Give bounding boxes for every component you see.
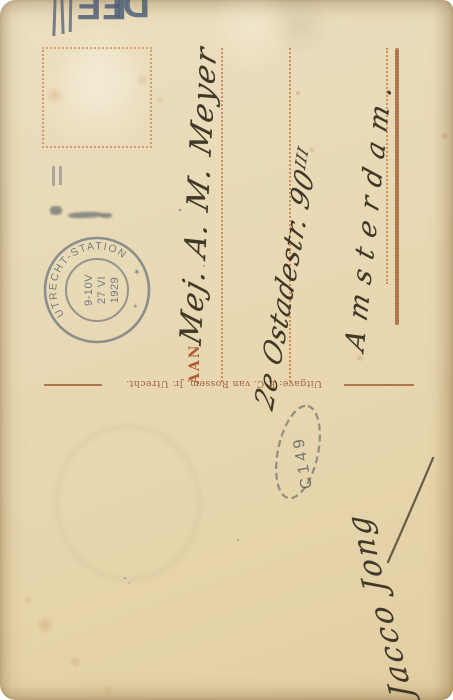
embossed-ring-showthrough: [55, 425, 201, 581]
postmark-time: 9-10V: [83, 274, 95, 306]
postmark-star-icon: ✶: [133, 267, 141, 277]
cancel-wavy-line: [59, 166, 62, 185]
cancel-wavy-line: [52, 0, 56, 36]
cancel-wavy-line: [69, 0, 73, 32]
ink-smudge: [68, 211, 102, 218]
ink-smudge: [50, 206, 62, 215]
signature-flourish-line: [330, 440, 450, 580]
handwriting-address-city: Amsterdam.: [340, 70, 399, 355]
postmark-star-icon: ✶: [132, 302, 139, 311]
postmark-date: 27 VI: [96, 276, 108, 304]
machine-cancel-letters-di: DI: [112, 0, 150, 22]
postmark-stamp: UTRECHT-STATION 9-10V 27 VI 1929 ✶ ✶: [30, 225, 170, 365]
postcard-paper: EE DI UTRECHT-STATION 9-10V 27 VI 1929 ✶…: [0, 0, 453, 700]
publisher-divider-right: [344, 384, 414, 386]
cancel-wavy-line: [60, 0, 64, 34]
publisher-imprint: Uitgave: P. C. van Rossem, Jr. Utrecht.: [100, 378, 348, 389]
postmark-year: 1929: [109, 277, 121, 303]
ink-smudge: [100, 213, 112, 218]
handwriting-address-street: 2e Ostadestr. 90III: [250, 143, 324, 415]
stamp-box: [42, 47, 152, 148]
cancel-wavy-line: [52, 166, 55, 186]
handwriting-address-name: Mej. A. M. Meyer: [174, 42, 224, 349]
postcard-scan: { "machine_cancel": { "letters_top": "EE…: [0, 0, 453, 700]
publisher-divider-left: [44, 384, 102, 386]
control-mark-text: C149: [290, 434, 316, 490]
